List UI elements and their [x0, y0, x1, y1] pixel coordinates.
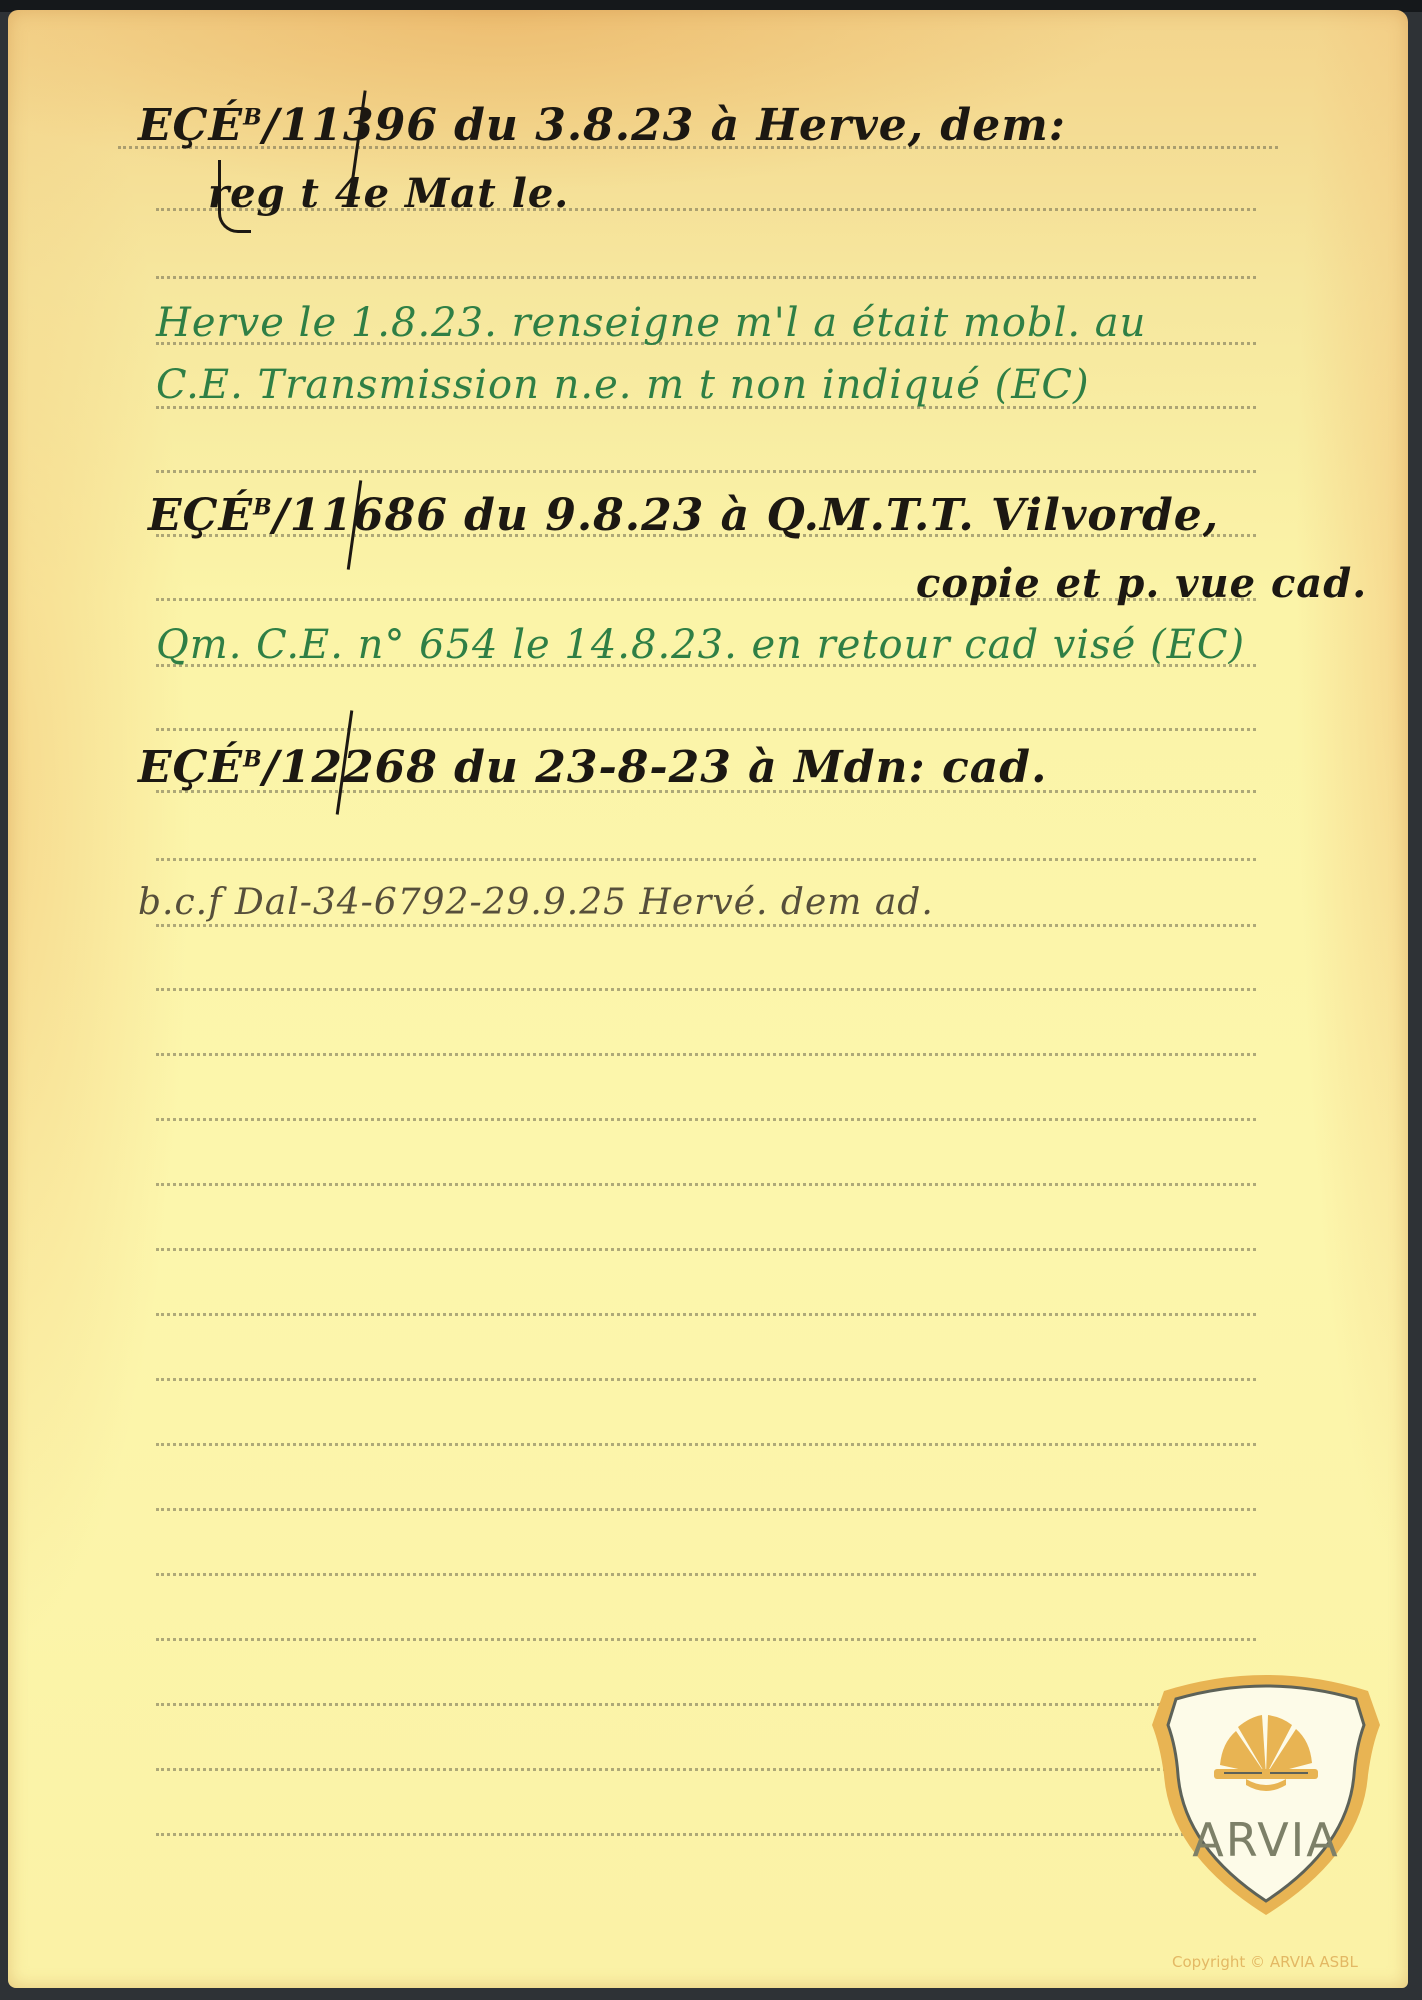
entry-6-line-1: b.c.f Dal-34-6792-29.9.25 Hervé. dem ad.: [138, 882, 934, 923]
copyright-notice: Copyright © ARVIA ASBL: [1172, 1953, 1358, 1971]
entry-4-line-1: Qm. C.E. n° 654 le 14.8.23. en retour ca…: [156, 622, 1245, 668]
ruled-line: [156, 1118, 1256, 1121]
entry-3-continuation: copie et p. vue cad.: [916, 560, 1367, 607]
entry-3-prefix: EÇÉ: [148, 490, 253, 541]
ruled-line: [156, 924, 1256, 927]
entry-5-prefix-sup: B: [243, 746, 263, 772]
ruled-line: [156, 1378, 1256, 1381]
entry-3-text: /11686 du 9.8.23 à Q.M.T.T. Vilvorde,: [273, 490, 1219, 541]
ruled-line: [156, 1508, 1256, 1511]
ruled-line: [156, 1443, 1256, 1446]
ruled-line: [156, 1313, 1256, 1316]
ruled-line: [156, 1768, 1256, 1771]
arvia-watermark-logo: ARVIA: [1150, 1665, 1382, 1920]
entry-5-text: /12268 du 23-8-23 à Mdn: cad.: [263, 742, 1048, 793]
ruled-line: [156, 470, 1256, 473]
entry-1-line-1: EÇÉB/11396 du 3.8.23 à Herve, dem:: [138, 100, 1066, 151]
ruled-line: [156, 728, 1256, 731]
entry-1-prefix-sup: B: [243, 104, 263, 130]
entry-1-prefix: EÇÉ: [138, 100, 243, 151]
ruled-line: [156, 1703, 1256, 1706]
entry-2-line-1: Herve le 1.8.23. renseigne m'l a était m…: [156, 300, 1146, 346]
entry-1-continuation: reg t 4e Mat le.: [208, 170, 569, 217]
entry-1-text: /11396 du 3.8.23 à Herve, dem:: [263, 100, 1066, 151]
ruled-line: [156, 1248, 1256, 1251]
ruled-line: [156, 276, 1256, 279]
entry-2-line-2: C.E. Transmission n.e. m t non indiqué (…: [156, 362, 1090, 408]
ruled-line: [156, 988, 1256, 991]
entry-3-line-1: EÇÉB/11686 du 9.8.23 à Q.M.T.T. Vilvorde…: [148, 490, 1219, 541]
ruled-line: [156, 1183, 1256, 1186]
entry-5-prefix: EÇÉ: [138, 742, 243, 793]
ruled-line: [156, 1573, 1256, 1576]
entry-5-line-1: EÇÉB/12268 du 23-8-23 à Mdn: cad.: [138, 742, 1047, 793]
ruled-line: [156, 858, 1256, 861]
ruled-line: [156, 1833, 1256, 1836]
entry-3-prefix-sup: B: [253, 494, 273, 520]
ruled-line: [156, 1638, 1256, 1641]
ruled-line: [156, 1053, 1256, 1056]
arvia-brand-text: ARVIA: [1150, 1813, 1382, 1867]
shield-icon: [1150, 1665, 1382, 1920]
